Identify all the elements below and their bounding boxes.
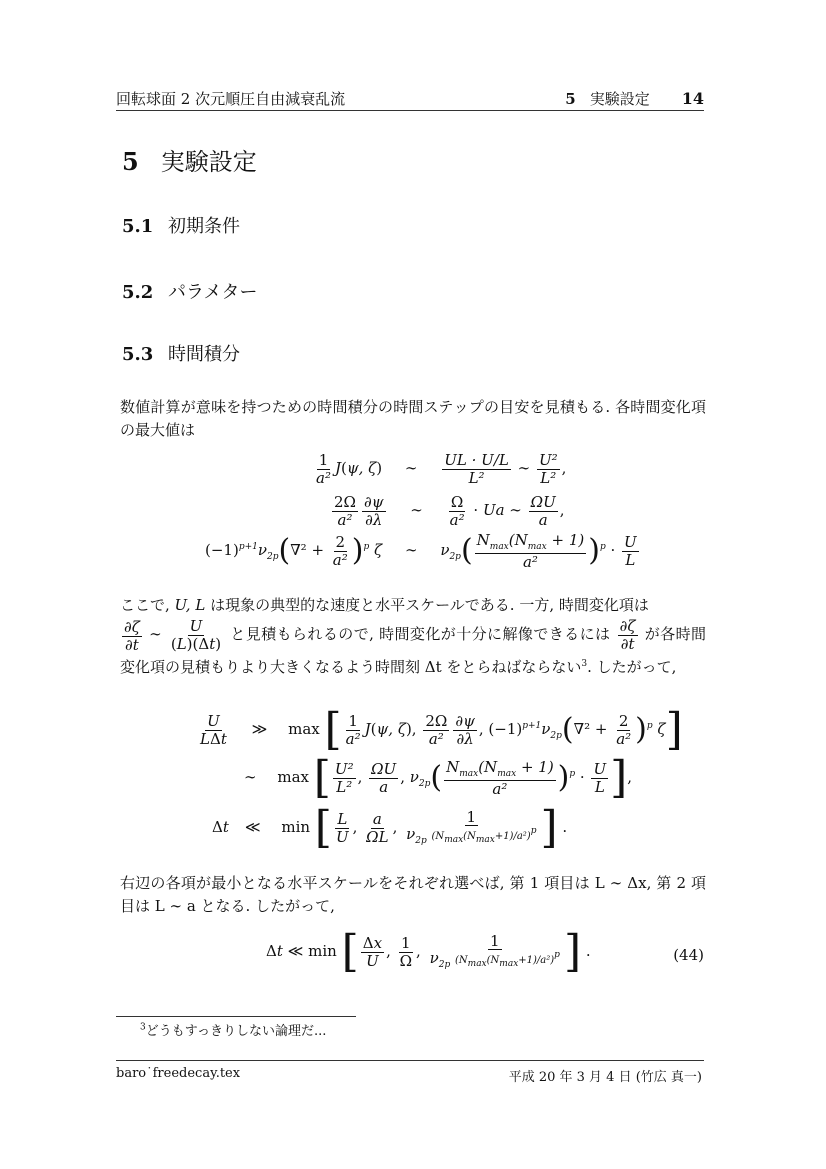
- header-right: 5実験設定14: [565, 88, 704, 109]
- footer-date-author: 平成 20 年 3 月 4 日 (竹広 真一): [509, 1066, 702, 1085]
- footnote-text: どうもすっきりしない論理だ...: [146, 1024, 327, 1039]
- subsection-title: パラメター: [168, 282, 257, 303]
- subsection-heading-5-3: 5.3時間積分: [122, 340, 240, 366]
- subsection-title: 時間積分: [168, 344, 240, 365]
- header-section-title: 実験設定: [590, 90, 650, 108]
- subsection-heading-5-1: 5.1初期条件: [122, 212, 240, 238]
- subsection-title: 初期条件: [168, 216, 240, 237]
- section-number: 5: [122, 147, 139, 176]
- section-title: 実験設定: [161, 148, 257, 176]
- subsection-heading-5-2: 5.2パラメター: [122, 278, 257, 304]
- paragraph-2: ここで, U, L は現象の典型的な速度と水平スケールである. 一方, 時間変化…: [120, 594, 706, 679]
- equation-row-2: 2Ωa²∂ψ∂λ ∼ Ωa² · Ua ∼ ΩUa,: [330, 494, 565, 528]
- subsection-number: 5.3: [122, 344, 168, 365]
- equation-row-1: 1a²J(ψ, ζ) ∼ UL · U/LL² ∼ U²L²,: [312, 452, 566, 486]
- running-header: 回転球面 2 次元順圧自由減衰乱流 5実験設定14: [116, 88, 704, 111]
- page-number: 14: [682, 89, 704, 108]
- header-title: 回転球面 2 次元順圧自由減衰乱流: [116, 88, 345, 109]
- footer-filename: baro˙freedecay.tex: [116, 1066, 240, 1081]
- equation-row-6: Δt≪ min [LU, aΩL, 1ν2p (Nmax(Nmax+1)/a²)…: [212, 806, 567, 850]
- footnote: 3どうもすっきりしない論理だ...: [140, 1020, 326, 1039]
- equation-row-3: (−1)p+1ν2p(∇² + 2a²)p ζ ∼ ν2p(Nmax(Nmax …: [205, 532, 641, 570]
- equation-row-4: ULΔt ≫ max [1a²J(ψ, ζ), 2Ωa²∂ψ∂λ, (−1)p+…: [196, 708, 683, 752]
- section-heading: 5実験設定: [122, 142, 257, 177]
- footer-rule: [116, 1060, 704, 1061]
- footnote-rule: [116, 1016, 356, 1017]
- subsection-number: 5.1: [122, 216, 168, 237]
- header-section-number: 5: [565, 90, 575, 108]
- equation-44: Δt ≪ min [ΔxU, 1Ω, 1ν2p (Nmax(Nmax+1)/a²…: [266, 930, 591, 974]
- equation-row-5: ∼ max [U²L², ΩUa, ν2p(Nmax(Nmax + 1)a²)p…: [244, 756, 632, 800]
- equation-number: (44): [673, 946, 704, 964]
- paragraph-1: 数値計算が意味を持つための時間積分の時間ステップの目安を見積もる. 各時間変化項…: [120, 396, 706, 442]
- subsection-number: 5.2: [122, 282, 168, 303]
- paragraph-3: 右辺の各項が最小となる水平スケールをそれぞれ選べば, 第 1 項目は L ∼ Δ…: [120, 872, 706, 918]
